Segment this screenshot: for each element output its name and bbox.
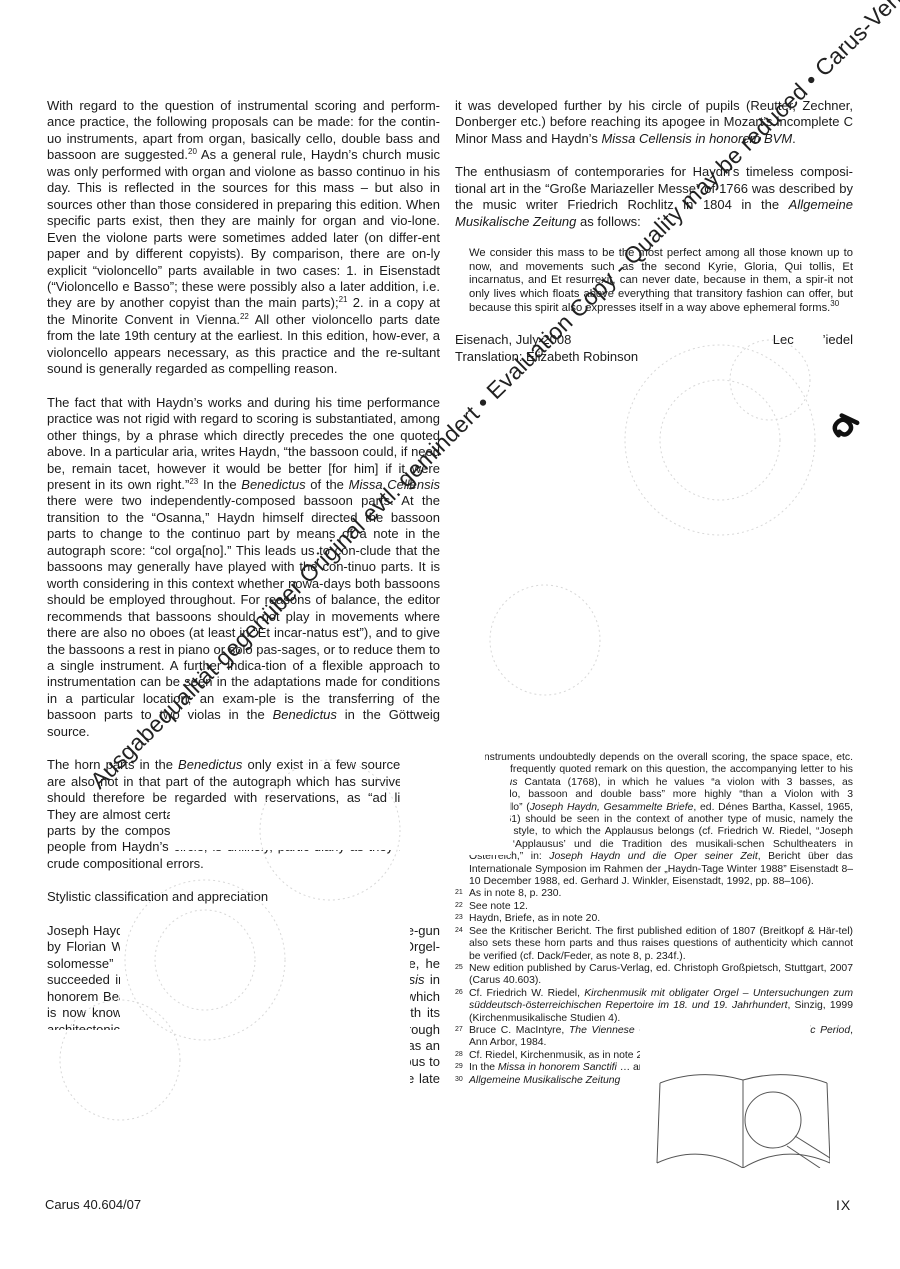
watermark-mask: [400, 745, 485, 820]
watermark-mask: [45, 1030, 145, 1110]
section-heading-stylistic-classification: Stylistic classification and appreciatio…: [47, 889, 440, 905]
footnote-22: 22See note 12.: [455, 901, 853, 913]
catalog-number: Carus 40.604/07: [45, 1197, 141, 1212]
watermark-mask: [728, 345, 808, 365]
book-magnifier-icon: [655, 1068, 830, 1168]
footnote-20-continued: of instruments undoubtedly depends on th…: [455, 752, 853, 888]
footnote-ref-23[interactable]: 23: [189, 477, 198, 486]
watermark-mask: [120, 905, 410, 1105]
footnote-ref-20[interactable]: 20: [188, 147, 197, 156]
paragraph-scoring-proposals: With regard to the question of instrumen…: [47, 98, 440, 378]
footnote-ref-30[interactable]: 30: [830, 299, 839, 308]
paragraph-scoring-flexibility: The fact that with Haydn’s works and dur…: [47, 395, 440, 741]
footnote-23: 23Haydn, Briefe, as in note 20.: [455, 913, 853, 925]
footnote-25: 25New edition published by Carus-Verlag,…: [455, 963, 853, 988]
block-quote-rochlitz: We consider this mass to be the most per…: [469, 247, 853, 315]
footnote-24: 24See the Kritischer Bericht. The first …: [455, 926, 853, 963]
footnote-ref-22[interactable]: 22: [240, 312, 249, 321]
footnote-ref-21[interactable]: 21: [339, 295, 348, 304]
carus-logo-icon: [826, 407, 860, 441]
page-number: IX: [836, 1197, 851, 1213]
footnote-21: 21As in note 8, p. 230.: [455, 888, 853, 900]
